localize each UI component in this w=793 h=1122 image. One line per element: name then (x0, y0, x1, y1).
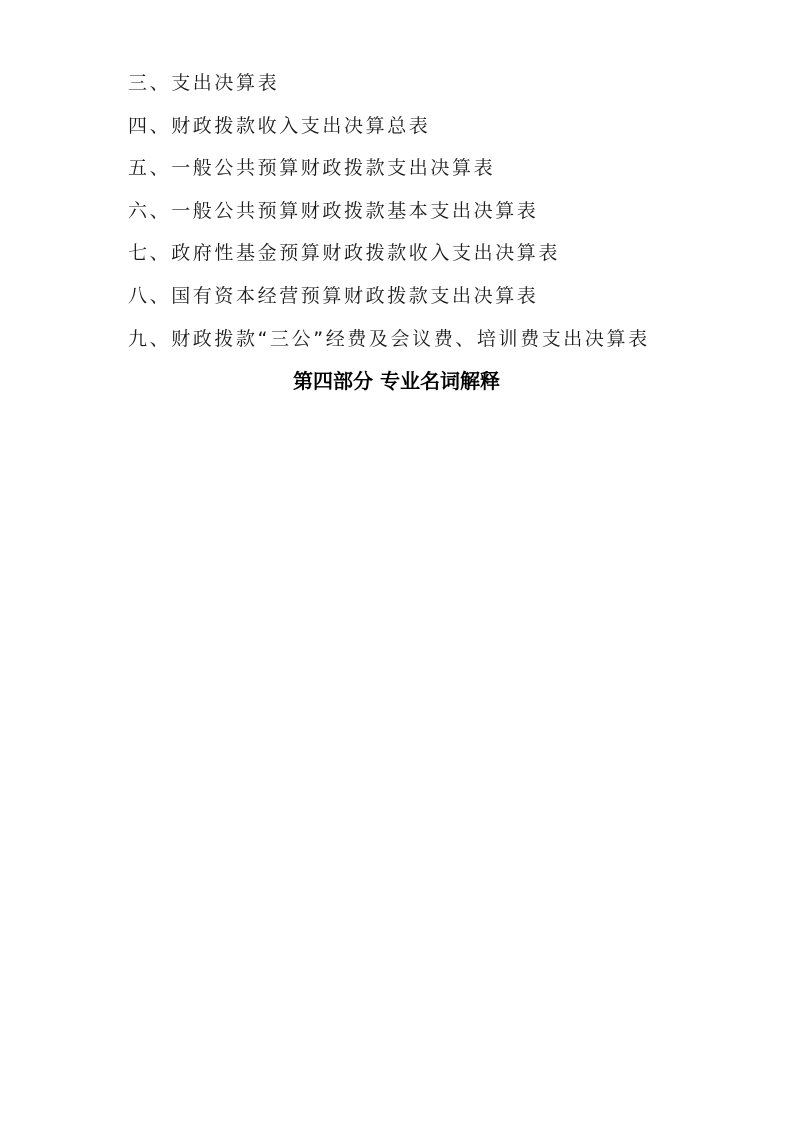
document-page: 三、支出决算表 四、财政拨款收入支出决算总表 五、一般公共预算财政拨款支出决算表… (0, 0, 793, 1122)
section-heading-part: 第四部分 (293, 369, 373, 393)
toc-item-title: 财政拨款收入支出决算总表 (171, 115, 430, 137)
toc-item-title: 财政拨款“三公”经费及会议费、培训费支出决算表 (171, 328, 650, 350)
toc-item-number: 五、 (128, 157, 171, 179)
toc-item-title: 国有资本经营预算财政拨款支出决算表 (171, 285, 538, 307)
toc-item: 七、政府性基金预算财政拨款收入支出决算表 (128, 240, 650, 283)
section-heading: 第四部分 专业名词解释 (0, 367, 793, 395)
toc-item-title: 一般公共预算财政拨款基本支出决算表 (171, 200, 538, 222)
toc-item: 六、一般公共预算财政拨款基本支出决算表 (128, 198, 650, 241)
toc-item-title: 政府性基金预算财政拨款收入支出决算表 (171, 242, 560, 264)
toc-item-number: 七、 (128, 242, 171, 264)
section-heading-title: 专业名词解释 (380, 369, 500, 393)
toc-item-number: 六、 (128, 200, 171, 222)
toc-item: 四、财政拨款收入支出决算总表 (128, 113, 650, 156)
toc-item-title: 支出决算表 (171, 72, 279, 94)
toc-item: 九、财政拨款“三公”经费及会议费、培训费支出决算表 (128, 326, 650, 369)
toc-item-title: 一般公共预算财政拨款支出决算表 (171, 157, 495, 179)
toc-item-number: 八、 (128, 285, 171, 307)
toc-item-number: 九、 (128, 328, 171, 350)
toc-item: 五、一般公共预算财政拨款支出决算表 (128, 155, 650, 198)
toc-list: 三、支出决算表 四、财政拨款收入支出决算总表 五、一般公共预算财政拨款支出决算表… (128, 70, 650, 368)
toc-item: 三、支出决算表 (128, 70, 650, 113)
toc-item-number: 四、 (128, 115, 171, 137)
toc-item: 八、国有资本经营预算财政拨款支出决算表 (128, 283, 650, 326)
toc-item-number: 三、 (128, 72, 171, 94)
